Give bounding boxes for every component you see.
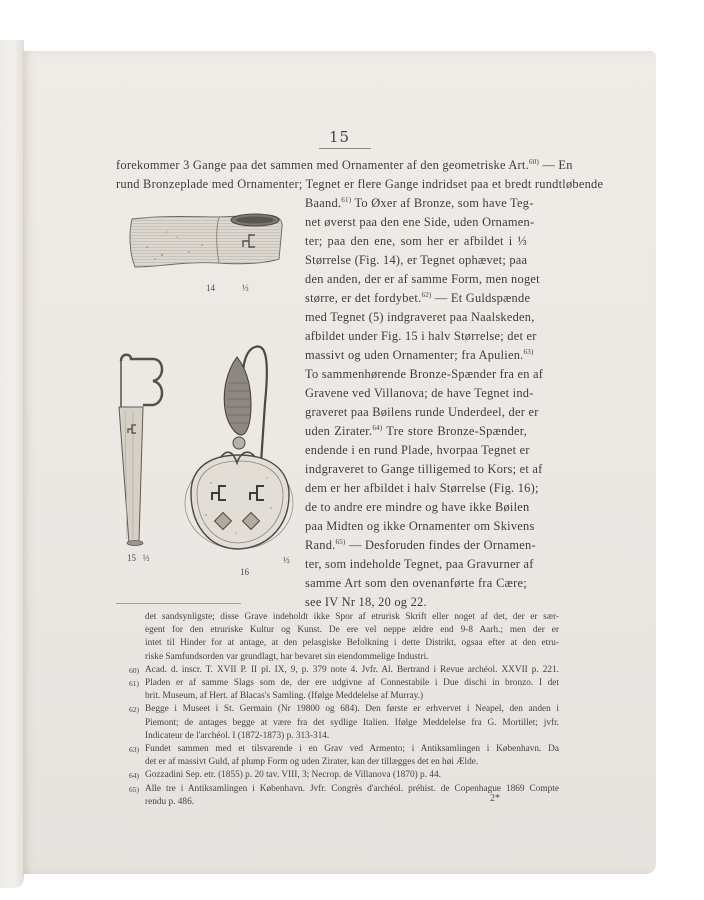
body-line: rund Bronzeplade med Ornamenter; Tegnet … <box>116 175 526 194</box>
body-line: dem er her afbildet i halv Størrelse (Fi… <box>305 479 527 498</box>
footnote-continuation: det sandsynligste; disse Grave indeholdt… <box>129 611 559 664</box>
signature-mark: 2* <box>490 793 500 804</box>
body-line: ter; paa den ene, som her er afbildet i … <box>305 232 527 251</box>
body-line: indgraveret to Gange tilligemed to Kors;… <box>305 460 527 479</box>
figure-15-caption: 15 ½ <box>127 553 150 563</box>
body-line: graveret paa Bøilens runde Underdeel, de… <box>305 403 527 422</box>
footnote-60: 60) Acad. d. inscr. T. XVII P. II pl. IX… <box>129 664 559 677</box>
body-line: den anden, der er af samme Form, men nog… <box>305 270 527 289</box>
body-line: uden Zirater.64) Tre store Bronze-Spænde… <box>305 422 527 441</box>
body-line: Størrelse (Fig. 14), er Tegnet ophævet; … <box>305 251 527 270</box>
footnote-ref: 62) <box>421 291 431 299</box>
body-line: massivt og uden Ornamenter; fra Apulien.… <box>305 346 527 365</box>
footnote-ref: 61) <box>341 196 351 204</box>
body-line: samme Art som den ovenanførte fra Cære; <box>305 574 527 593</box>
figure-16-caption: 16 <box>240 567 249 577</box>
body-text-column: Baand.61) To Øxer af Bronze, som have Te… <box>305 194 527 612</box>
body-line: net øverst paa den ene Side, uden Orname… <box>305 213 527 232</box>
body-line: To sammenhørende Bronze-Spænder fra en a… <box>305 365 527 384</box>
body-line: Gravene ved Villanova; de have Tegnet in… <box>305 384 527 403</box>
figure-16-bronze-fibula-illustration <box>181 343 301 563</box>
body-line: de to andre ere mindre og have ikke Bøil… <box>305 498 527 517</box>
body-line: forekommer 3 Gange paa det sammen med Or… <box>116 156 526 175</box>
book-page: 15 forekommer 3 Gange paa det sammen med… <box>23 51 656 874</box>
figure-14-caption: 14 ⅓ <box>206 283 249 293</box>
footnote-63: 63) Fundet sammen med et tilsvarende i e… <box>129 743 559 769</box>
footnote-62: 62) Begge i Museet i St. Germain (Nr 198… <box>129 703 559 743</box>
body-text-top: forekommer 3 Gange paa det sammen med Or… <box>116 156 526 194</box>
footnote-ref: 63) <box>524 348 534 356</box>
body-line: ter, som indeholde Tegnet, paa Gravurner… <box>305 555 527 574</box>
body-line: see IV Nr 18, 20 og 22. <box>305 593 527 612</box>
body-line: med Tegnet (5) indgraveret paa Naalskede… <box>305 308 527 327</box>
body-line: Baand.61) To Øxer af Bronze, som have Te… <box>305 194 527 213</box>
page-number: 15 <box>23 128 656 146</box>
figure-14-axe-illustration <box>127 207 287 277</box>
page-number-rule <box>319 148 371 149</box>
body-line: afbildet under Fig. 15 i halv Størrelse;… <box>305 327 527 346</box>
footnote-ref: 65) <box>336 538 346 546</box>
footnote-ref: 60) <box>529 158 539 166</box>
facing-page-edge <box>0 40 24 888</box>
body-line: større, er det fordybet.62) — Et Guldspæ… <box>305 289 527 308</box>
footnote-ref: 64) <box>372 424 382 432</box>
figure-16-scale: ½ <box>283 555 290 565</box>
footnotes: det sandsynligste; disse Grave indeholdt… <box>129 611 559 809</box>
body-line: endende i en rund Plade, hvorpaa Tegnet … <box>305 441 527 460</box>
footnote-64: 64) Gozzadini Sep. etr. (1855) p. 20 tav… <box>129 769 559 782</box>
footnote-61: 61) Pladen er af samme Slags som de, der… <box>129 677 559 703</box>
body-line: paa Midten og ikke Ornamenter om Skivens <box>305 517 527 536</box>
figure-15-gold-fibula-illustration <box>113 351 173 551</box>
footnote-separator <box>116 603 241 604</box>
body-line: Rand.65) — Desforuden findes der Ornamen… <box>305 536 527 555</box>
